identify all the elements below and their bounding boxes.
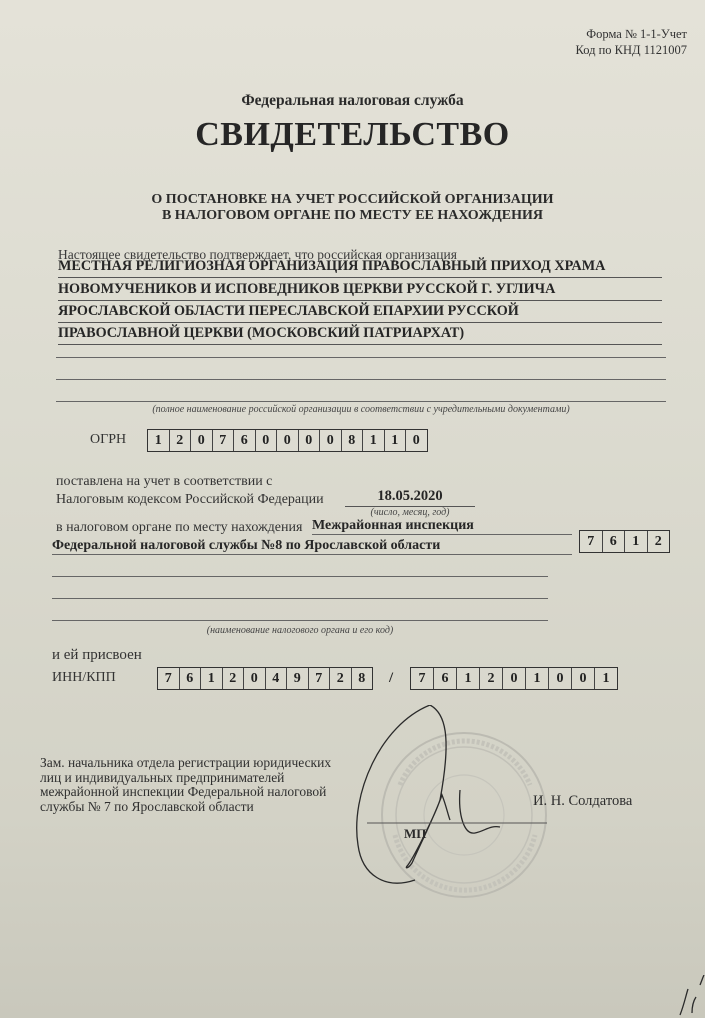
agency-name: Федеральная налоговая служба bbox=[0, 92, 705, 110]
document-subtitle: О ПОСТАНОВКЕ НА УЧЕТ РОССИЙСКОЙ ОРГАНИЗА… bbox=[0, 192, 705, 224]
blank-line bbox=[52, 576, 548, 577]
ogrn-digit: 1 bbox=[148, 430, 170, 451]
inn-digit: 2 bbox=[330, 668, 352, 689]
ogrn-cells: 1 2 0 7 6 0 0 0 0 8 1 1 0 bbox=[147, 429, 428, 452]
authority-code-digit: 6 bbox=[603, 531, 626, 552]
inn-digit: 7 bbox=[158, 668, 180, 689]
signer-name: И. Н. Солдатова bbox=[533, 793, 632, 810]
subtitle-line-1: О ПОСТАНОВКЕ НА УЧЕТ РОССИЙСКОЙ ОРГАНИЗА… bbox=[0, 192, 705, 208]
ogrn-digit: 0 bbox=[256, 430, 278, 451]
signer-position-line: межрайонной инспекции Федеральной налого… bbox=[40, 785, 331, 800]
authority-caption: (наименование налогового органа и его ко… bbox=[52, 625, 548, 636]
inn-kpp-separator: / bbox=[389, 670, 393, 687]
kpp-digit: 1 bbox=[526, 668, 549, 689]
signer-position-line: службы № 7 по Ярославской области bbox=[40, 800, 331, 815]
org-name-line-4: ПРАВОСЛАВНОЙ ЦЕРКВИ (МОСКОВСКИЙ ПАТРИАРХ… bbox=[58, 324, 662, 345]
ogrn-digit: 6 bbox=[234, 430, 256, 451]
ogrn-label: ОГРН bbox=[90, 432, 126, 448]
authority-code-cells: 7 6 1 2 bbox=[579, 530, 670, 553]
inn-digit: 6 bbox=[180, 668, 202, 689]
inn-digit: 0 bbox=[244, 668, 266, 689]
inn-digit: 9 bbox=[287, 668, 309, 689]
ogrn-digit: 7 bbox=[213, 430, 235, 451]
blank-line bbox=[52, 598, 548, 599]
authority-code-digit: 1 bbox=[625, 531, 648, 552]
authority-name-line-2: Федеральной налоговой службы №8 по Яросл… bbox=[52, 538, 572, 555]
kpp-digit: 6 bbox=[434, 668, 457, 689]
inn-digit: 8 bbox=[352, 668, 373, 689]
blank-line bbox=[52, 620, 548, 621]
authority-name-line-1: Межрайонная инспекция bbox=[312, 518, 572, 535]
registration-line-1: поставлена на учет в соответствии с bbox=[56, 474, 272, 490]
document-title: СВИДЕТЕЛЬСТВО bbox=[0, 116, 705, 154]
stamp-place-label: МП bbox=[404, 826, 426, 842]
ogrn-digit: 0 bbox=[320, 430, 342, 451]
kpp-digit: 7 bbox=[411, 668, 434, 689]
inn-cells: 7 6 1 2 0 4 9 7 2 8 bbox=[157, 667, 373, 690]
inn-digit: 7 bbox=[309, 668, 331, 689]
kpp-digit: 0 bbox=[503, 668, 526, 689]
blank-line bbox=[56, 401, 666, 402]
blank-line bbox=[56, 357, 666, 358]
org-name-line-1: МЕСТНАЯ РЕЛИГИОЗНАЯ ОРГАНИЗАЦИЯ ПРАВОСЛА… bbox=[58, 257, 662, 278]
registration-date: 18.05.2020 bbox=[345, 488, 475, 507]
kpp-digit: 1 bbox=[457, 668, 480, 689]
registration-line-2: Налоговым кодексом Российской Федерации bbox=[56, 492, 324, 508]
authority-code-digit: 7 bbox=[580, 531, 603, 552]
ogrn-digit: 0 bbox=[277, 430, 299, 451]
handwriting-fragment-icon bbox=[672, 975, 705, 1018]
ogrn-digit: 1 bbox=[385, 430, 407, 451]
knd-code: Код по КНД 1121007 bbox=[576, 42, 687, 58]
signer-position: Зам. начальника отдела регистрации юриди… bbox=[40, 756, 331, 814]
inn-digit: 1 bbox=[201, 668, 223, 689]
blank-line bbox=[56, 379, 666, 380]
date-caption: (число, месяц, год) bbox=[345, 507, 475, 518]
ogrn-digit: 8 bbox=[342, 430, 364, 451]
subtitle-line-2: В НАЛОГОВОМ ОРГАНЕ ПО МЕСТУ ЕЕ НАХОЖДЕНИ… bbox=[0, 208, 705, 224]
ogrn-digit: 2 bbox=[170, 430, 192, 451]
org-name-line-3: ЯРОСЛАВСКОЙ ОБЛАСТИ ПЕРЕСЛАВСКОЙ ЕПАРХИИ… bbox=[58, 302, 662, 323]
org-name-caption: (полное наименование российской организа… bbox=[56, 404, 666, 415]
ogrn-digit: 0 bbox=[406, 430, 427, 451]
inn-digit: 2 bbox=[223, 668, 245, 689]
kpp-digit: 0 bbox=[572, 668, 595, 689]
signer-position-line: Зам. начальника отдела регистрации юриди… bbox=[40, 756, 331, 771]
kpp-digit: 2 bbox=[480, 668, 503, 689]
inn-digit: 4 bbox=[266, 668, 288, 689]
kpp-digit: 1 bbox=[595, 668, 617, 689]
authority-code-digit: 2 bbox=[648, 531, 670, 552]
ogrn-digit: 0 bbox=[191, 430, 213, 451]
authority-label: в налоговом органе по месту нахождения bbox=[56, 520, 302, 536]
form-code-block: Форма № 1-1-Учет Код по КНД 1121007 bbox=[576, 26, 687, 58]
form-number: Форма № 1-1-Учет bbox=[576, 26, 687, 42]
org-name-line-2: НОВОМУЧЕНИКОВ И ИСПОВЕДНИКОВ ЦЕРКВИ РУСС… bbox=[58, 280, 662, 301]
kpp-cells: 7 6 1 2 0 1 0 0 1 bbox=[410, 667, 618, 690]
ogrn-digit: 0 bbox=[299, 430, 321, 451]
ogrn-digit: 1 bbox=[363, 430, 385, 451]
signer-position-line: лиц и индивидуальных предпринимателей bbox=[40, 771, 331, 786]
inn-kpp-label: ИНН/КПП bbox=[52, 670, 116, 686]
assigned-label: и ей присвоен bbox=[52, 647, 142, 664]
kpp-digit: 0 bbox=[549, 668, 572, 689]
